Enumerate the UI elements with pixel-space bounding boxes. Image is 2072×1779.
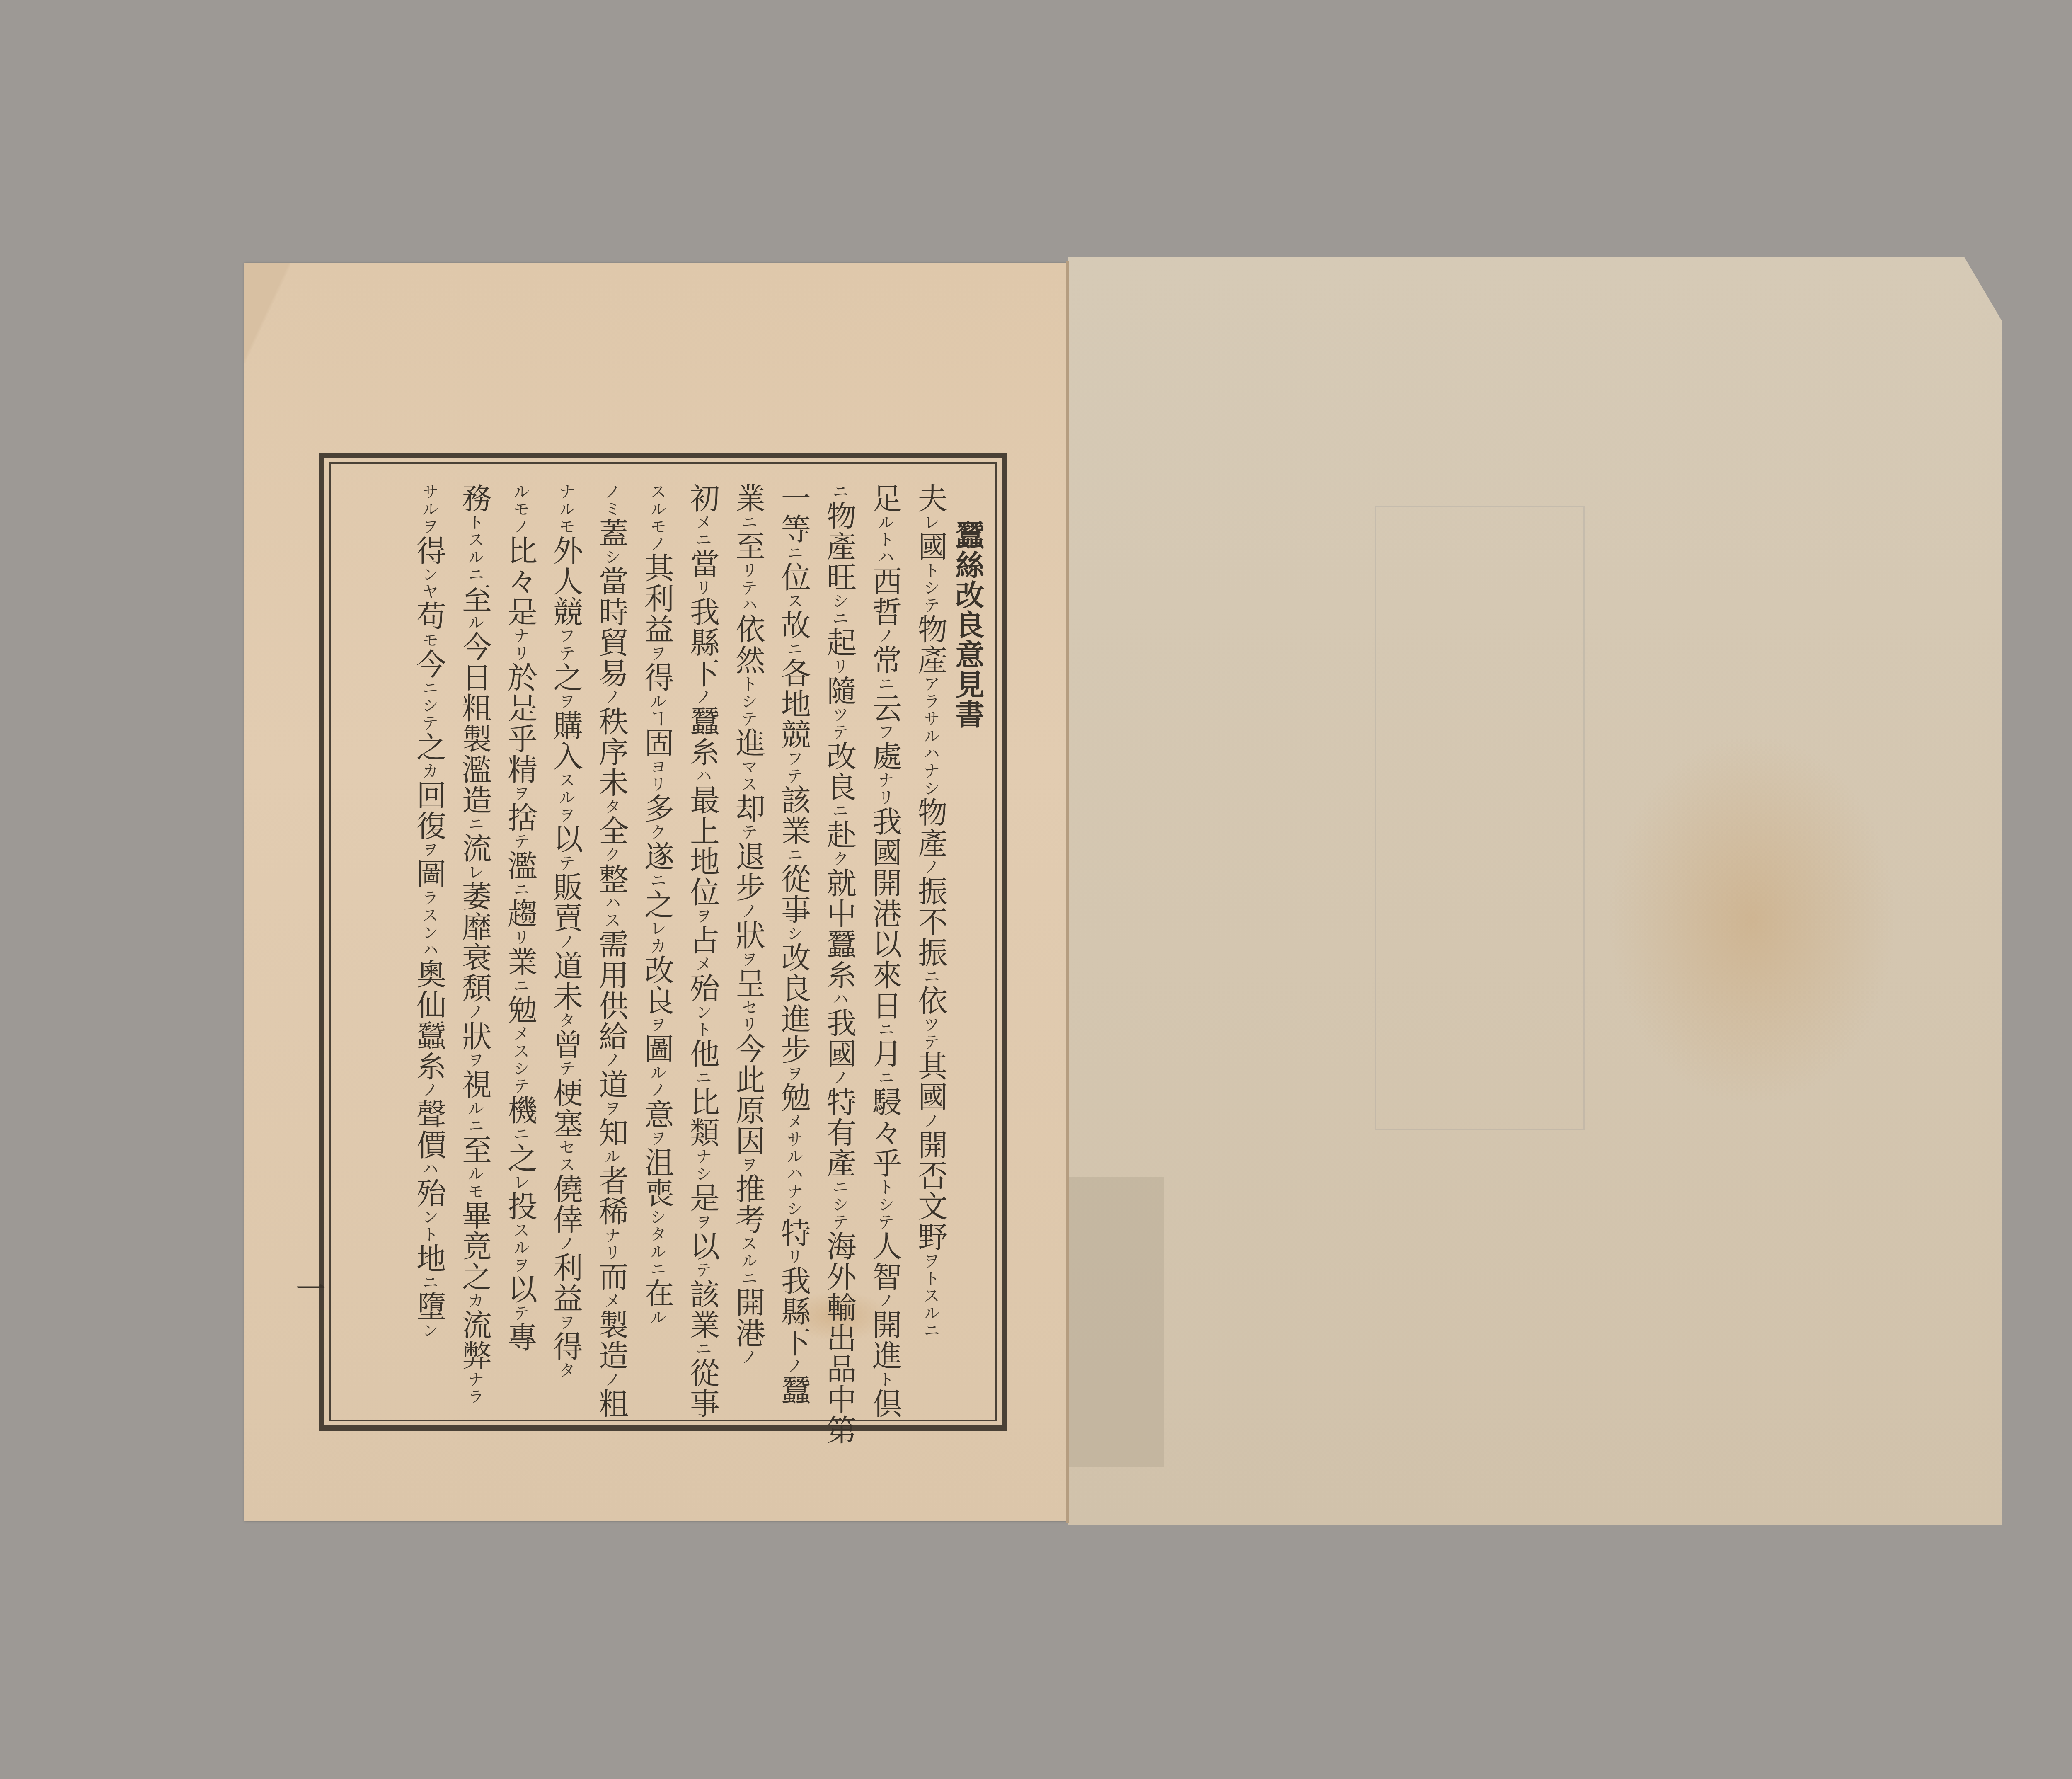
folded-corner <box>244 263 290 363</box>
text-column-7: スルモノ其利益ヲ得ルヿ固ヨリ多ク遂ニ之レカ改良ヲ圖ルノ意ヲ沮喪シタルニ在ル <box>634 466 680 1420</box>
text-column-10: ルモノ比々是ナリ於是乎精ヲ捨テ濫ニ趨リ業ニ勉メスシテ機ニ之レ投スルヲ以テ專 <box>497 466 543 1420</box>
repair-tape <box>1068 1177 1164 1467</box>
book-spine <box>1066 261 1069 1523</box>
text-column-4: 一等ニ位ス故ニ各地競フテ該業ニ從事シ改良進步ヲ勉メサルハナシ特リ我縣下ノ蠶 <box>771 466 816 1420</box>
text-column-8: ノミ蓋シ當時貿易ノ秩序未タ全ク整ハス需用供給ノ道ヲ知ル者稀ナリ而メ製造ノ粗 <box>588 466 634 1420</box>
water-stain <box>1607 734 1897 1107</box>
text-column-9: ナルモ外人競フテ之ヲ購入スルヲ以テ販賣ノ道未タ曾テ梗塞セス僥倖ノ利益ヲ得タ <box>543 466 588 1420</box>
right-page <box>1068 257 2002 1525</box>
text-column-6: 初メニ當リ我縣下ノ蠶糸ハ最上地位ヲ占メ殆ント他ニ比類ナシ是ヲ以テ該業ニ從事 <box>680 466 725 1420</box>
page-number: 一 <box>296 1266 325 1308</box>
bleed-through-frame <box>1375 506 1585 1130</box>
text-column-2: 足ルトハ西哲ノ常ニ云フ處ナリ我國開港以來日ニ月ニ駸々乎トシテ人智ノ開進ト倶 <box>862 466 908 1420</box>
text-column-12: サルヲ得ンヤ苟モ今ニシテ之カ回復ヲ圖ラスンハ奧仙蠶糸ノ聲價ハ殆ント地ニ墮ン <box>406 466 452 1420</box>
text-column-5: 業ニ至リテハ依然トシテ進マス却テ退步ノ狀ヲ呈セリ今此原因ヲ推考スルニ開港ノ <box>725 466 771 1420</box>
document-title: 蠶絲改良意見書 <box>949 466 990 1420</box>
text-column-11: 務トスルニ至ル今日粗製濫造ニ流レ萎靡衰頽ノ狀ヲ視ルニ至ルモ畢竟之カ流弊ナラ <box>452 466 497 1420</box>
text-block: 蠶絲改良意見書 夫レ國トシテ物產アラサルハナシ物產ノ振不振ニ依ツテ其國ノ開否文野… <box>344 466 990 1420</box>
text-column-3: ニ物產旺シニ起リ隨ツテ改良ニ赴ク就中蠶糸ハ我國ノ特有產ニシテ海外輸出品中第 <box>816 466 862 1420</box>
